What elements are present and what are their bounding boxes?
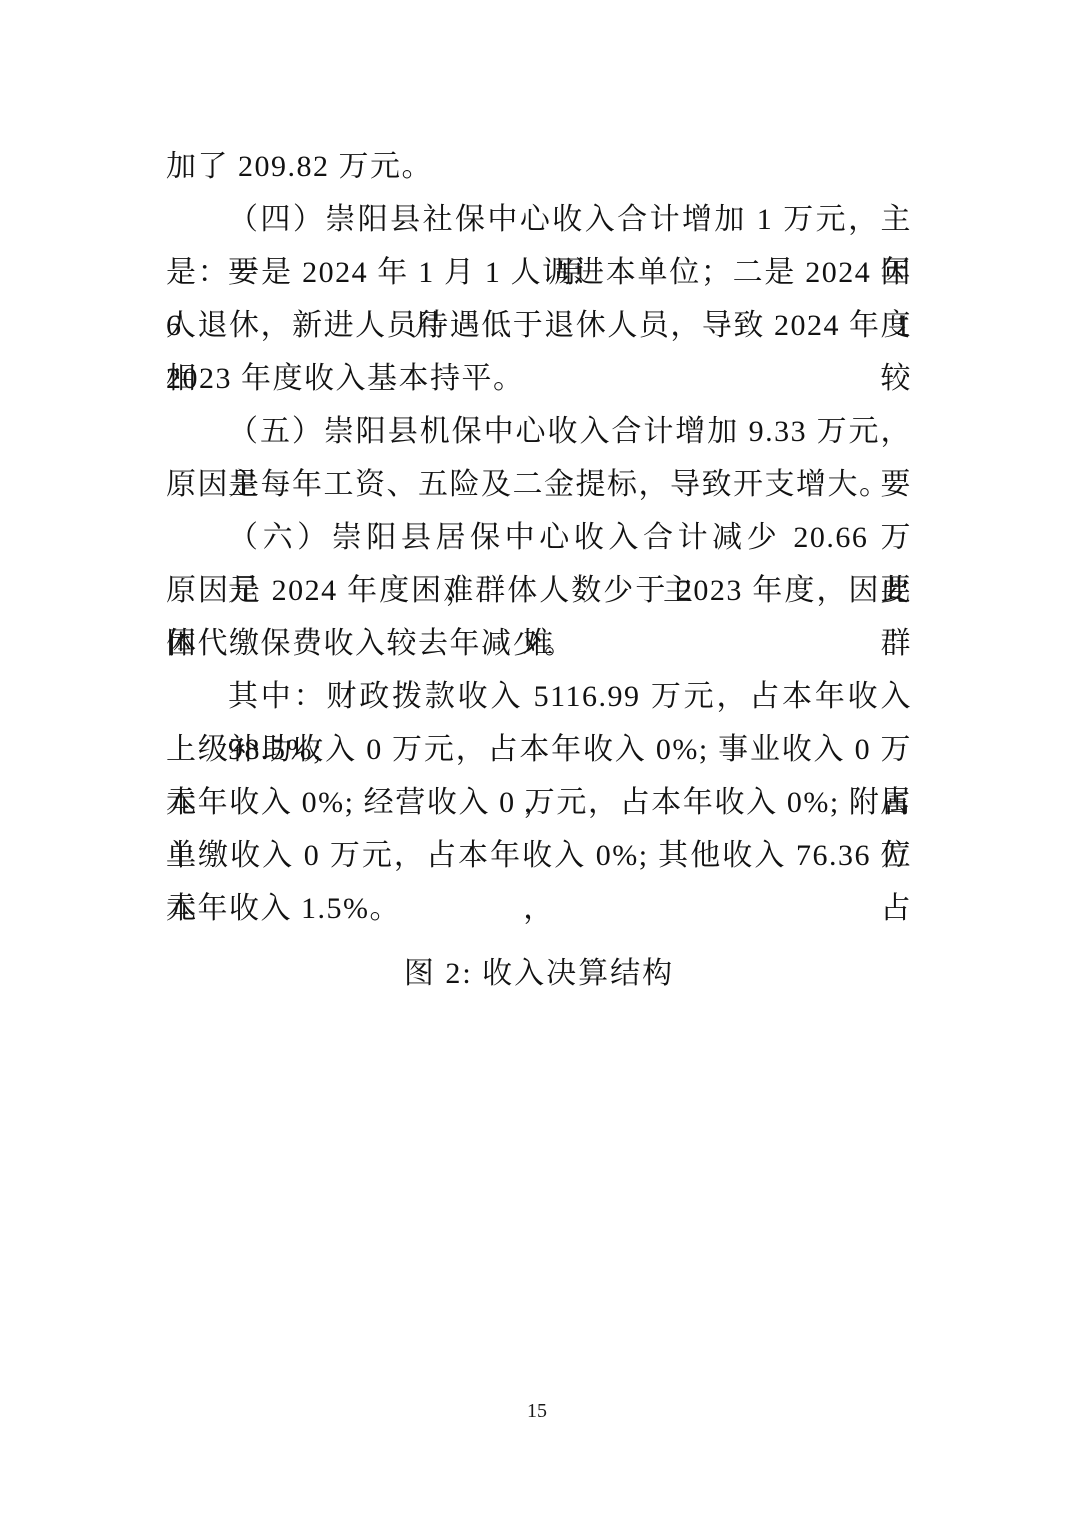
- document-page: 加了 209.82 万元。 （四）崇阳县社保中心收入合计增加 1 万元，主要原因…: [0, 0, 1074, 1520]
- body-line: 是：一是 2024 年 1 月 1 人调进本单位；二是 2024 年 6 月 1: [166, 246, 912, 299]
- body-line: 人退休，新进人员待遇低于退休人员，导致 2024 年度相较: [166, 299, 912, 352]
- body-line: 本年收入 0%; 经营收入 0 万元，占本年收入 0%; 附属单位: [166, 776, 912, 829]
- body-line: （六）崇阳县居保中心收入合计减少 20.66 万元，主要: [166, 511, 912, 564]
- body-line: （四）崇阳县社保中心收入合计增加 1 万元，主要原因: [166, 193, 912, 246]
- body-line: 上级补助收入 0 万元，占本年收入 0%; 事业收入 0 万元，占: [166, 723, 912, 776]
- page-number: 15: [0, 1400, 1074, 1423]
- body-line: 其中：财政拨款收入 5116.99 万元，占本年收入 98.5%;: [166, 670, 912, 723]
- body-line: 原因是每年工资、五险及二金提标，导致开支增大。: [166, 458, 912, 511]
- body-line: 原因是 2024 年度困难群体人数少于 2023 年度，因此困难群: [166, 564, 912, 617]
- figure-caption: 图 2: 收入决算结构: [166, 947, 912, 1000]
- body-line: 加了 209.82 万元。: [166, 140, 912, 193]
- body-text: 加了 209.82 万元。 （四）崇阳县社保中心收入合计增加 1 万元，主要原因…: [166, 140, 912, 1000]
- body-line: （五）崇阳县机保中心收入合计增加 9.33 万元，主要: [166, 405, 912, 458]
- body-line: 上缴收入 0 万元，占本年收入 0%; 其他收入 76.36 万元，占: [166, 829, 912, 882]
